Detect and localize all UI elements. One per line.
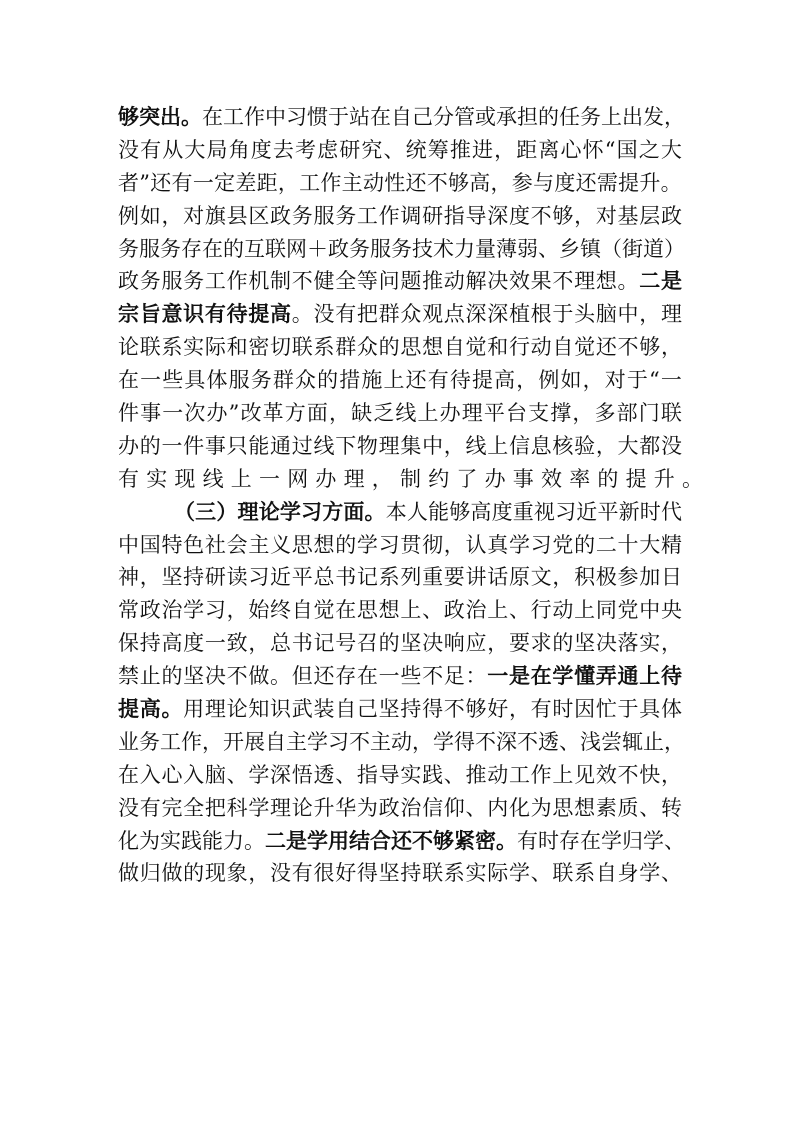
char: 思 bbox=[292, 529, 313, 562]
char: 指 bbox=[357, 759, 378, 792]
char: 学 bbox=[357, 529, 378, 562]
char: 学 bbox=[643, 825, 664, 858]
char: 效 bbox=[509, 265, 530, 298]
bold-char: 待 bbox=[227, 298, 248, 331]
char: 够 bbox=[639, 331, 660, 364]
char: 透 bbox=[538, 726, 559, 759]
char: 心 bbox=[561, 134, 582, 167]
char: 脑 bbox=[596, 298, 617, 331]
char: 行 bbox=[509, 331, 530, 364]
char: 的 bbox=[140, 430, 161, 463]
char: 能 bbox=[428, 496, 449, 529]
char: “ bbox=[649, 364, 660, 397]
char: 些 bbox=[400, 660, 421, 693]
char: 需 bbox=[597, 167, 618, 200]
char: 深 bbox=[466, 298, 487, 331]
char: 线 bbox=[313, 430, 334, 463]
char: ， bbox=[412, 726, 433, 759]
char: 门 bbox=[639, 397, 660, 430]
char: 高 bbox=[469, 167, 490, 200]
char: 视 bbox=[534, 496, 555, 529]
char: 不 bbox=[618, 759, 639, 792]
char: 够 bbox=[449, 496, 470, 529]
char: 动 bbox=[552, 594, 573, 627]
char: 效 bbox=[596, 759, 617, 792]
char: 研 bbox=[205, 561, 226, 594]
char: 统 bbox=[406, 134, 427, 167]
char: 真 bbox=[487, 529, 508, 562]
char: 素 bbox=[596, 792, 617, 825]
char: 主 bbox=[342, 167, 363, 200]
char: 文 bbox=[531, 561, 552, 594]
text-line: 做归做的现象，没有很好得坚持联系实际学、联系自身学、 bbox=[118, 857, 682, 890]
char: ， bbox=[574, 200, 595, 233]
bold-char: 待 bbox=[661, 660, 682, 693]
char: 央 bbox=[661, 594, 682, 627]
char: 大 bbox=[639, 529, 660, 562]
char: 坚 bbox=[379, 857, 400, 890]
char: 完 bbox=[161, 792, 182, 825]
char: 没 bbox=[661, 430, 682, 463]
bold-char: 用 bbox=[328, 825, 349, 858]
bold-char: 理 bbox=[238, 496, 259, 529]
char: 上 bbox=[487, 430, 508, 463]
char: 一 bbox=[193, 167, 214, 200]
char: 旗 bbox=[205, 200, 226, 233]
char: 务 bbox=[292, 200, 313, 233]
text-line: 常政治学习，始终自觉在思想上、政治上、行动上同党中央 bbox=[118, 594, 682, 627]
bold-char: 。 bbox=[496, 825, 517, 858]
char: 不 bbox=[349, 726, 370, 759]
char: 参 bbox=[512, 167, 533, 200]
char: 总 bbox=[313, 561, 334, 594]
char: 践 bbox=[422, 759, 443, 792]
char: 和 bbox=[487, 331, 508, 364]
char: 因 bbox=[574, 693, 595, 726]
char: 读 bbox=[227, 561, 248, 594]
char: 作 bbox=[320, 167, 341, 200]
char: 治 bbox=[161, 594, 182, 627]
bold-char: 意 bbox=[161, 298, 182, 331]
char: 中 bbox=[618, 298, 639, 331]
char: 求 bbox=[531, 627, 552, 660]
char: 为 bbox=[357, 792, 378, 825]
char: ， bbox=[494, 134, 515, 167]
char: 动 bbox=[363, 167, 384, 200]
char: 够 bbox=[552, 200, 573, 233]
char: 政 bbox=[444, 594, 465, 627]
char: 过 bbox=[292, 430, 313, 463]
char: 存 bbox=[335, 660, 356, 693]
char: 政 bbox=[379, 792, 400, 825]
char: 众 bbox=[295, 364, 316, 397]
char: 会 bbox=[227, 529, 248, 562]
char: 于 bbox=[552, 298, 573, 331]
char: 能 bbox=[202, 825, 223, 858]
char: 办 bbox=[440, 397, 461, 430]
bold-char: 够 bbox=[118, 101, 139, 134]
char: 例 bbox=[538, 364, 559, 397]
char: ， bbox=[509, 693, 530, 726]
char: 在 bbox=[580, 825, 601, 858]
char: 管 bbox=[454, 101, 475, 134]
char: 际 bbox=[205, 331, 226, 364]
char: 很 bbox=[313, 857, 334, 890]
char: 体 bbox=[207, 364, 228, 397]
char: 透 bbox=[313, 759, 334, 792]
char: 待 bbox=[450, 364, 471, 397]
char: 务 bbox=[140, 265, 161, 298]
char: 理 bbox=[205, 693, 226, 726]
char: 己 bbox=[412, 101, 433, 134]
char: 密 bbox=[248, 331, 269, 364]
char: 联 bbox=[422, 857, 443, 890]
char: 的 bbox=[552, 627, 573, 660]
char: 高 bbox=[470, 496, 491, 529]
char: 坚 bbox=[400, 627, 421, 660]
char: 观 bbox=[422, 298, 443, 331]
char: 但 bbox=[292, 660, 313, 693]
char: 学 bbox=[509, 857, 530, 890]
char: 制 bbox=[270, 265, 291, 298]
char: 华 bbox=[335, 792, 356, 825]
char: 的 bbox=[183, 857, 204, 890]
text-line: 保持高度一致，总书记号召的坚决响应，要求的坚决落实， bbox=[118, 627, 682, 660]
char: 实 bbox=[466, 857, 487, 890]
char: 主 bbox=[286, 726, 307, 759]
char: 应 bbox=[466, 627, 487, 660]
char: 距 bbox=[257, 167, 278, 200]
char: 政 bbox=[118, 265, 139, 298]
char: 服 bbox=[370, 233, 391, 266]
char: 撑 bbox=[550, 397, 571, 430]
char: 局 bbox=[207, 134, 228, 167]
char: 得 bbox=[454, 726, 475, 759]
char: ， bbox=[227, 594, 248, 627]
char: 工 bbox=[299, 167, 320, 200]
char: 书 bbox=[335, 561, 356, 594]
bold-char: 。 bbox=[365, 496, 386, 529]
char: 系 bbox=[379, 561, 400, 594]
char: ， bbox=[661, 759, 682, 792]
char: 系 bbox=[313, 331, 334, 364]
char: 作 bbox=[244, 101, 265, 134]
char: 距 bbox=[516, 134, 537, 167]
char: 止 bbox=[140, 660, 161, 693]
char: 差 bbox=[235, 167, 256, 200]
char: 不 bbox=[427, 167, 448, 200]
text-line: 神，坚持研读习近平总书记系列重要讲话原文，积极参加日 bbox=[118, 561, 682, 594]
char: 自 bbox=[391, 101, 412, 134]
bold-char: 突 bbox=[139, 101, 160, 134]
char: 上 bbox=[400, 594, 421, 627]
char: 、 bbox=[531, 857, 552, 890]
char: 健 bbox=[313, 265, 334, 298]
char: 不 bbox=[531, 200, 552, 233]
char: 一 bbox=[661, 364, 682, 397]
char: 坚 bbox=[574, 627, 595, 660]
char: 中 bbox=[118, 529, 139, 562]
bold-char: 面 bbox=[343, 496, 364, 529]
bold-char: 是 bbox=[661, 265, 682, 298]
char: 坚 bbox=[161, 561, 182, 594]
char: 虑 bbox=[317, 134, 338, 167]
char: 研 bbox=[339, 134, 360, 167]
char: 、 bbox=[559, 726, 580, 759]
char: 具 bbox=[184, 364, 205, 397]
char: 服 bbox=[313, 200, 334, 233]
char: 在 bbox=[357, 660, 378, 693]
char: 辄 bbox=[622, 726, 643, 759]
char: 升 bbox=[639, 167, 660, 200]
char: 有 bbox=[140, 134, 161, 167]
bold-char: 高 bbox=[270, 298, 291, 331]
char: 书 bbox=[292, 627, 313, 660]
char: 、 bbox=[466, 792, 487, 825]
char: 学 bbox=[183, 594, 204, 627]
text-line: 宗旨意识有待提高。没有把群众观点深深植根于头脑中，理 bbox=[118, 298, 682, 331]
char: 层 bbox=[639, 200, 660, 233]
char: 全 bbox=[183, 792, 204, 825]
char: 没 bbox=[118, 134, 139, 167]
bold-char: （ bbox=[174, 496, 195, 529]
text-line: 务服务存在的互联网＋政务服务技术力量薄弱、乡镇（街道） bbox=[118, 233, 682, 266]
char: 线 bbox=[466, 430, 487, 463]
char: 站 bbox=[349, 101, 370, 134]
char: 质 bbox=[618, 792, 639, 825]
char: 浅 bbox=[580, 726, 601, 759]
char: 还 bbox=[150, 167, 171, 200]
char: 。 bbox=[292, 298, 313, 331]
bold-char: 是 bbox=[286, 825, 307, 858]
char: 自 bbox=[292, 594, 313, 627]
char: 理 bbox=[379, 430, 400, 463]
char: 问 bbox=[379, 265, 400, 298]
char: 政 bbox=[661, 200, 682, 233]
char: 社 bbox=[205, 529, 226, 562]
char: 科 bbox=[227, 792, 248, 825]
char: 务 bbox=[251, 364, 272, 397]
char: 薄 bbox=[496, 233, 517, 266]
text-line: 有实现线上一网办理，制约了办事效率的提升。 bbox=[118, 463, 682, 496]
char: 工 bbox=[509, 759, 530, 792]
char: 一 bbox=[140, 364, 161, 397]
char: 革 bbox=[263, 397, 284, 430]
char: 部 bbox=[617, 397, 638, 430]
char: 务 bbox=[139, 726, 160, 759]
char: 想 bbox=[596, 265, 617, 298]
bold-char: 论 bbox=[259, 496, 280, 529]
char: 乡 bbox=[559, 233, 580, 266]
char: 学 bbox=[509, 529, 530, 562]
char: 、 bbox=[422, 594, 443, 627]
char: 党 bbox=[552, 529, 573, 562]
char: ， bbox=[161, 200, 182, 233]
char: 作 bbox=[531, 759, 552, 792]
char: 实 bbox=[639, 627, 660, 660]
text-line: 没有从大局角度去考虑研究、统筹推进，距离心怀“国之大 bbox=[118, 134, 682, 167]
char: 系 bbox=[161, 331, 182, 364]
char: 做 bbox=[161, 857, 182, 890]
char: 记 bbox=[357, 561, 378, 594]
char: 推 bbox=[466, 759, 487, 792]
char: 政 bbox=[270, 200, 291, 233]
char: 新 bbox=[619, 496, 640, 529]
char: 悟 bbox=[292, 759, 313, 792]
char: ， bbox=[487, 627, 508, 660]
char: 要 bbox=[509, 627, 530, 660]
char: 有 bbox=[140, 792, 161, 825]
char: 基 bbox=[618, 200, 639, 233]
char: 主 bbox=[370, 726, 391, 759]
char: 动 bbox=[531, 331, 552, 364]
char: 十 bbox=[618, 529, 639, 562]
char: 验 bbox=[574, 430, 595, 463]
char: 通 bbox=[270, 430, 291, 463]
char: 工 bbox=[357, 200, 378, 233]
char: 上 bbox=[574, 594, 595, 627]
char: ） bbox=[664, 233, 685, 266]
char: 只 bbox=[227, 430, 248, 463]
char: 参 bbox=[618, 561, 639, 594]
bold-char: 学 bbox=[552, 660, 573, 693]
char: 性 bbox=[384, 167, 405, 200]
text-line: （三）理论学习方面。本人能够高度重视习近平新时代 bbox=[118, 496, 682, 529]
char: 够 bbox=[448, 167, 469, 200]
char: 政 bbox=[328, 233, 349, 266]
char: 主 bbox=[248, 529, 269, 562]
char: 思 bbox=[400, 331, 421, 364]
char: ， bbox=[329, 397, 350, 430]
char: 展 bbox=[244, 726, 265, 759]
char: 学 bbox=[639, 857, 660, 890]
char: 色 bbox=[183, 529, 204, 562]
char: 己 bbox=[357, 693, 378, 726]
char: 平 bbox=[292, 561, 313, 594]
char: ， bbox=[444, 430, 465, 463]
char: 务 bbox=[183, 265, 204, 298]
char: 度 bbox=[183, 627, 204, 660]
char: 中 bbox=[265, 101, 286, 134]
char: 得 bbox=[357, 857, 378, 890]
char: 中 bbox=[422, 430, 443, 463]
char: 思 bbox=[552, 792, 573, 825]
char: 作 bbox=[227, 265, 248, 298]
char: 治 bbox=[466, 594, 487, 627]
char: 离 bbox=[538, 134, 559, 167]
char: 原 bbox=[509, 561, 530, 594]
char: 调 bbox=[400, 200, 421, 233]
char: 要 bbox=[444, 561, 465, 594]
bold-char: 上 bbox=[639, 660, 660, 693]
char: 致 bbox=[227, 627, 248, 660]
char: 想 bbox=[574, 792, 595, 825]
bold-char: 不 bbox=[412, 825, 433, 858]
char: 筹 bbox=[428, 134, 449, 167]
char: 国 bbox=[140, 529, 161, 562]
char: 在 bbox=[202, 101, 223, 134]
char: 用 bbox=[183, 693, 204, 726]
char: 想 bbox=[379, 594, 400, 627]
char: 网 bbox=[286, 233, 307, 266]
bold-char: 在 bbox=[531, 660, 552, 693]
char: 根 bbox=[531, 298, 552, 331]
char: 的 bbox=[379, 627, 400, 660]
char: 把 bbox=[357, 298, 378, 331]
char: 信 bbox=[422, 792, 443, 825]
char: ， bbox=[664, 101, 685, 134]
char: 持 bbox=[140, 627, 161, 660]
char: 一 bbox=[205, 627, 226, 660]
char: 还 bbox=[576, 167, 597, 200]
bold-char: 识 bbox=[183, 298, 204, 331]
bold-char: 二 bbox=[639, 265, 660, 298]
char: 联 bbox=[552, 857, 573, 890]
char: 不 bbox=[227, 660, 248, 693]
char: 、 bbox=[639, 792, 660, 825]
bold-char: 方 bbox=[322, 496, 343, 529]
char: 不 bbox=[292, 265, 313, 298]
char: 的 bbox=[538, 101, 559, 134]
char: 不 bbox=[475, 726, 496, 759]
char: 心 bbox=[161, 759, 182, 792]
char: 系 bbox=[574, 857, 595, 890]
char: 、 bbox=[661, 857, 682, 890]
char: 彻 bbox=[422, 529, 443, 562]
char: 、 bbox=[509, 594, 530, 627]
char: ” bbox=[139, 167, 150, 200]
char: 人 bbox=[407, 496, 428, 529]
char: 化 bbox=[118, 825, 139, 858]
char: 极 bbox=[596, 561, 617, 594]
char: 身 bbox=[618, 857, 639, 890]
bold-char: 密 bbox=[475, 825, 496, 858]
char: 方 bbox=[285, 397, 306, 430]
char: “ bbox=[605, 134, 616, 167]
char: 者 bbox=[118, 167, 139, 200]
char: 点 bbox=[444, 298, 465, 331]
char: 和 bbox=[227, 331, 248, 364]
text-line: 在入心入脑、学深悟透、指导实践、推动工作上见效不快， bbox=[118, 759, 682, 792]
char: 现 bbox=[205, 857, 226, 890]
char: 次 bbox=[184, 397, 205, 430]
char: 与 bbox=[533, 167, 554, 200]
char: 服 bbox=[229, 364, 250, 397]
char: 在 bbox=[335, 594, 356, 627]
char: 动 bbox=[391, 726, 412, 759]
char: 道 bbox=[643, 233, 664, 266]
char: ， bbox=[664, 726, 685, 759]
char: 习 bbox=[379, 529, 400, 562]
text-line: 论联系实际和密切联系群众的思想自觉和行动自觉还不够， bbox=[118, 331, 682, 364]
char: 任 bbox=[559, 101, 580, 134]
char: 有 bbox=[517, 825, 538, 858]
char: 决 bbox=[596, 627, 617, 660]
text-line: 中国特色社会主义思想的学习贯彻，认真学习党的二十大精 bbox=[118, 529, 682, 562]
char: 大 bbox=[184, 134, 205, 167]
char: 出 bbox=[622, 101, 643, 134]
char: 措 bbox=[339, 364, 360, 397]
char: 有 bbox=[292, 857, 313, 890]
char: 得 bbox=[422, 693, 443, 726]
char: 习 bbox=[248, 561, 269, 594]
char: 提 bbox=[618, 167, 639, 200]
char: 台 bbox=[506, 397, 527, 430]
char: 力 bbox=[454, 233, 475, 266]
char: 上 bbox=[384, 364, 405, 397]
char: 召 bbox=[357, 627, 378, 660]
char: 号 bbox=[335, 627, 356, 660]
